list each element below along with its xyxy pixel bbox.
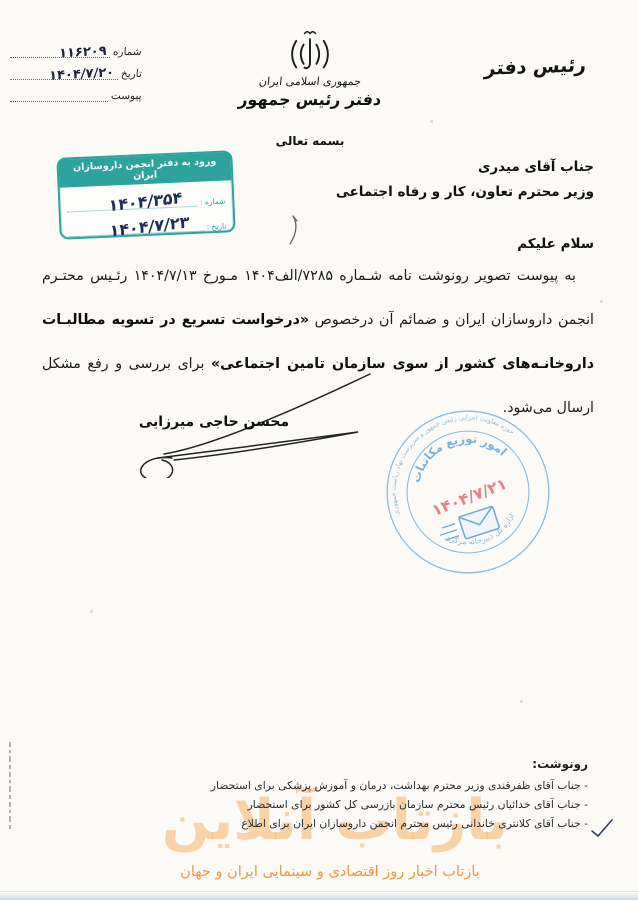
meta-number-row: شماره ۱۱۶۲۰۹ [10, 42, 142, 58]
entry-stamp-number-label: شماره : [200, 197, 226, 207]
scan-bottom-edge [0, 891, 638, 900]
secretariat-round-stamp: حوزه معاونت اجرایی رئیس جمهور و سرپرست ن… [384, 408, 552, 576]
checkmark-pen-icon [590, 818, 614, 838]
meta-number-label: شماره [113, 46, 142, 58]
cc-title: رونوشت: [43, 757, 588, 771]
meta-attachment-line [10, 88, 108, 102]
scan-speck [600, 300, 603, 303]
salutation: سلام علیکم [517, 236, 594, 252]
letterhead: جمهوری اسلامی ایران دفتر رئیس جمهور [230, 28, 390, 109]
entry-registration-stamp: ورود به دفتر انجمن داروسازان ایران شماره… [56, 150, 235, 240]
entry-stamp-date-value: ۱۴۰۴/۷/۲۳ [109, 212, 189, 240]
cc-block: رونوشت: - جناب آقای ظفرقندی وزیر محترم ب… [43, 757, 588, 833]
meta-attachment-label: پیوست [111, 90, 142, 102]
meta-date-line: ۱۴۰۴/۷/۲۰ [10, 66, 118, 80]
header-meta: شماره ۱۱۶۲۰۹ تاریخ ۱۴۰۴/۷/۲۰ پیوست [10, 42, 142, 108]
scan-speck [90, 610, 93, 613]
cc-item: - جناب آقای ظفرقندی وزیر محترم بهداشت، د… [43, 776, 588, 795]
entry-stamp-date-label: تاریخ : [206, 222, 226, 232]
letterhead-office: دفتر رئیس جمهور [229, 90, 391, 109]
cc-item: - جناب آقای خدائیان رئیس محترم سازمان با… [43, 795, 588, 814]
cc-item: - جناب آقای کلانتری خاندانی رئیس محترم ا… [43, 814, 588, 833]
iran-emblem-icon [288, 28, 332, 74]
meta-number-value: ۱۱۶۲۰۹ [58, 44, 106, 62]
watermark-tagline: بازتاب اخبار روز اقتصادی و سینمایی ایران… [85, 864, 575, 880]
side-margin-print [6, 740, 14, 840]
pen-mark [280, 212, 304, 248]
letterhead-republic: جمهوری اسلامی ایران [229, 75, 390, 88]
meta-date-row: تاریخ ۱۴۰۴/۷/۲۰ [10, 64, 142, 80]
office-chief-note: رئیس دفتر [484, 54, 588, 80]
scanned-letter-page: شماره ۱۱۶۲۰۹ تاریخ ۱۴۰۴/۷/۲۰ پیوست رئیس … [0, 0, 638, 900]
meta-attachment-row: پیوست [10, 86, 142, 102]
entry-stamp-date-line: ۱۴۰۴/۷/۲۳ [68, 213, 204, 238]
recipient-block: جناب آقای میدری وزیر محترم تعاون، کار و … [336, 155, 594, 205]
meta-date-value: ۱۴۰۴/۷/۲۰ [49, 65, 115, 83]
signature-name: محسن حاجی میرزایی [130, 414, 298, 430]
scan-speck [520, 700, 523, 703]
meta-number-line: ۱۱۶۲۰۹ [10, 44, 110, 58]
recipient-title: وزیر محترم تعاون، کار و رفاه اجتماعی [336, 180, 594, 205]
recipient-name: جناب آقای میدری [336, 155, 594, 180]
scan-speck [430, 120, 433, 123]
meta-date-label: تاریخ [121, 68, 143, 80]
basmala: بسمه تعالی [230, 134, 390, 148]
